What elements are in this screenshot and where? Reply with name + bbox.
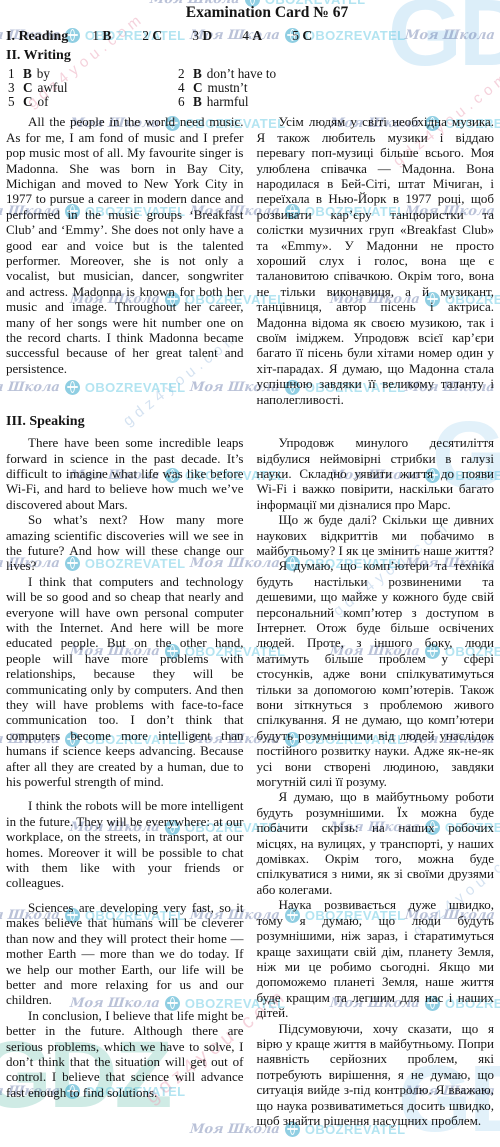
reading-section: I. Reading 1 B 2 C 3 D 4 A 5 C — [6, 28, 494, 45]
reading-answer: 3 D — [192, 28, 242, 44]
ukrainian-paragraph: Що ж буде далі? Скільки ще дивних науков… — [257, 512, 495, 558]
english-madonna-paragraph: All the people in the world need music. … — [6, 114, 244, 407]
english-paragraph: I think that computers and technology wi… — [6, 574, 244, 790]
page-title: Examination Card № 67 — [6, 4, 494, 22]
ukrainian-madonna-paragraph: Усім людям у світі необхідна музика. Я т… — [257, 114, 495, 407]
writing-answer: 2Bdon’t have to — [178, 67, 494, 81]
spacer — [257, 407, 495, 435]
writing-answer: 1Bby — [8, 67, 178, 81]
english-paragraph: So what’s next? How many more amazing sc… — [6, 512, 244, 574]
document-content: Examination Card № 67 I. Reading 1 B 2 C… — [0, 0, 500, 1128]
writing-answer: 5Cof — [8, 95, 178, 109]
english-paragraph: I think the robots will be more intellig… — [6, 798, 244, 890]
writing-answer: 3Cawful — [8, 81, 178, 95]
ukrainian-paragraph: Наука розвивається дуже швидко, тому я д… — [257, 897, 495, 1020]
reading-answer: 4 A — [242, 28, 292, 44]
writing-answer: 6Bharmful — [178, 95, 494, 109]
writing-answers: 1Bby 2Bdon’t have to 3Cawful 4Cmustn’t 5… — [8, 67, 494, 108]
ukrainian-paragraph: Я думаю, що в майбутньому роботи будуть … — [257, 789, 495, 897]
english-paragraph: In conclusion, I believe that life might… — [6, 1008, 244, 1100]
ukrainian-paragraph: Я думаю, що комп’ютери та техніка будуть… — [257, 558, 495, 789]
bilingual-body: All the people in the world need music. … — [6, 114, 494, 1128]
reading-answer: 2 C — [142, 28, 192, 44]
english-paragraph: Sciences are developing very fast, so it… — [6, 900, 244, 1008]
reading-answers: 1 B 2 C 3 D 4 A 5 C — [92, 28, 342, 44]
writing-heading: II. Writing — [6, 48, 494, 64]
writing-answer: 4Cmustn’t — [178, 81, 494, 95]
ukrainian-paragraph: Підсумовуючи, хочу сказати, що я вірю у … — [257, 1021, 495, 1129]
reading-heading: I. Reading — [6, 29, 68, 45]
english-column: There have been some incredible leaps fo… — [6, 435, 244, 1128]
reading-answer: 1 B — [92, 28, 142, 44]
ukrainian-paragraph: Упродовж минулого десятиліття відбулися … — [257, 435, 495, 512]
reading-answer: 5 C — [292, 28, 342, 44]
ukrainian-column: Упродовж минулого десятиліття відбулися … — [257, 435, 495, 1128]
speaking-heading: III. Speaking — [6, 414, 244, 430]
english-paragraph: There have been some incredible leaps fo… — [6, 435, 244, 512]
exam-card-page: GDZ GDZ GDZ GDZ gdz4you.com gdz4you.com … — [0, 0, 500, 1147]
